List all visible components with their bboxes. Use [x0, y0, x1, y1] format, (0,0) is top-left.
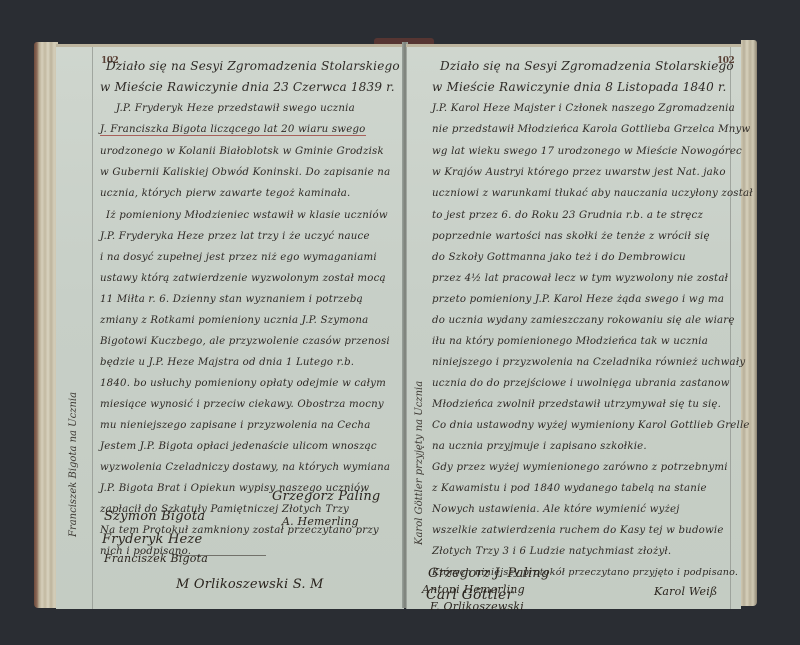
left-heading-line-2: w Mieście Rawiczynie dnia 23 Czerwca 183… [100, 80, 395, 94]
right-body-line: Złotych Trzy 3 i 6 Ludzie natychmiast zł… [432, 546, 671, 557]
left-body-line: J.P. Fryderyka Heze przez lat trzy i że … [100, 231, 370, 242]
right-body-line: wszelkie zatwierdzenia ruchem do Kasy te… [432, 525, 724, 536]
right-body-line: przeto pomieniony J.P. Karol Heze żąda s… [432, 294, 724, 305]
right-heading-line-1: Działo się na Sesyi Zgromadzenia Stolars… [440, 59, 734, 73]
right-heading-line-2: w Mieście Rawiczynie dnia 8 Listopada 18… [432, 80, 727, 94]
right-body-line: Gdy przez wyżej wymienionego zarówno z p… [432, 462, 728, 473]
signature-orlikoszewski: M Orlikoszewski S. M [176, 577, 324, 592]
signature-orlikoszewski-right: F. Orlikoszewski [430, 600, 524, 613]
right-margin-note: Karol Göttler przyjęty na Ucznia [414, 381, 425, 545]
right-body-line: iłu na który pomienionego Młodzieńca tak… [432, 336, 708, 347]
right-body-line: Młodzieńca zwolnił przedstawił utrzymywa… [432, 399, 721, 410]
right-body-line: przez 4½ lat pracował lecz w tym wyzwolo… [432, 273, 728, 284]
left-body-line: Bigotowi Kuczbego, ale przyzwolenie czas… [100, 336, 390, 347]
right-body-line: uczniowi z warunkami tłukać aby nauczani… [432, 188, 753, 199]
left-body-line: zmiany z Rotkami pomieniony ucznia J.P. … [100, 315, 368, 326]
signature-fryderyk-heze: Fryderyk Heze [102, 532, 202, 547]
left-body-line: Iż pomieniony Młodzieniec wstawił w klas… [106, 210, 388, 221]
bound-ledger: 102 Działo się na Sesyi Zgromadzenia Sto… [34, 38, 757, 610]
signature-szymon-bigota: Szymon Bigota [104, 509, 205, 524]
right-body-line: w Krajów Austryi którego przez uwarstw j… [432, 167, 726, 178]
right-body-line: J.P. Karol Heze Majster i Członek naszeg… [432, 103, 735, 114]
right-body-line: to jest przez 6. do Roku 23 Grudnia r.b.… [432, 210, 703, 221]
left-body-line: J.P. Fryderyk Heze przedstawił swego ucz… [116, 103, 355, 114]
right-body-line: do Szkoły Gottmanna jako też i do Dembro… [432, 252, 686, 263]
signature-grzegorz-paling: Grzegorz J. Paling [428, 566, 549, 581]
signature-hemerling: A. Hemerling [282, 515, 359, 528]
right-body-line: Co dnia ustawodny wyżej wymieniony Karol… [432, 420, 750, 431]
left-body-line: ustawy którą zatwierdzenie wyzwolonym zo… [100, 273, 386, 284]
right-page: 102 Działo się na Sesyi Zgromadzenia Sto… [406, 44, 741, 609]
right-body-line: ucznia do do przejściowe i uwolnięga ubr… [432, 378, 730, 389]
left-body-line: 11 Miłta r. 6. Dzienny stan wyznaniem i … [100, 294, 363, 305]
left-body-line: 1840. bo usłuchy pomieniony opłaty odejm… [100, 378, 386, 389]
left-body-line: miesiące wynosić i przeciw ciekawy. Obos… [100, 399, 384, 410]
right-body-line: niniejszego i przyzwolenia na Czeladnika… [432, 357, 745, 368]
left-body-line: Jestem J.P. Bigota opłaci jedenaście uli… [100, 441, 377, 452]
right-body-line: z Kawamistu i pod 1840 wydanego tabelą n… [432, 483, 707, 494]
left-body-line: ucznia, których pierw zawarte tegoż kami… [100, 188, 350, 199]
left-page: 102 Działo się na Sesyi Zgromadzenia Sto… [56, 44, 404, 609]
signature-franciszek-bigota: Franciszek Bigota [104, 552, 208, 565]
left-body-line: będzie u J.P. Heze Majstra od dnia 1 Lut… [100, 357, 354, 368]
right-body-line: nie przedstawił Młodzieńca Karola Gottli… [432, 124, 750, 135]
right-body-line: do ucznia wydany zamieszczany rokowaniu … [432, 315, 735, 326]
signature-karol-weiss: Karol Weiß [654, 585, 717, 598]
right-inner-margin-rule [406, 47, 407, 609]
right-body-line: na ucznia przyjmuje i zapisano szkołkie. [432, 441, 647, 452]
left-body-line: J. Franciszka Bigota liczącego lat 20 wi… [100, 124, 366, 135]
left-body-line: wyzwolenia Czeladniczy dostawy, na który… [100, 462, 390, 473]
left-heading-line-1: Działo się na Sesyi Zgromadzenia Stolars… [106, 59, 400, 73]
right-body-line: poprzednie wartości nas skołki że tenże … [432, 231, 710, 242]
right-body-line: Nowych ustawienia. Ale które wymienić wy… [432, 504, 680, 515]
signature-antoni-hemerling: Antoni Hemerling [422, 583, 525, 596]
right-body-line: wg lat wieku swego 17 urodzonego w Mieśc… [432, 146, 742, 157]
left-margin-note: Franciszek Bigota na Ucznia [68, 392, 79, 537]
left-margin-rule [92, 47, 93, 609]
page-stack-left-edge [34, 42, 58, 608]
left-body-line: urodzonego w Kolanii Białoblotsk w Gmini… [100, 146, 384, 157]
signature-paling: Grzegorz Paling [272, 489, 380, 504]
left-body-line: mu nieniejszego zapisane i przyzwolenia … [100, 420, 370, 431]
left-body-line: i na dosyć zupełnej jest przez niż ego w… [100, 252, 377, 263]
left-body-line: w Gubernii Kaliskiej Obwód Koninski. Do … [100, 167, 390, 178]
